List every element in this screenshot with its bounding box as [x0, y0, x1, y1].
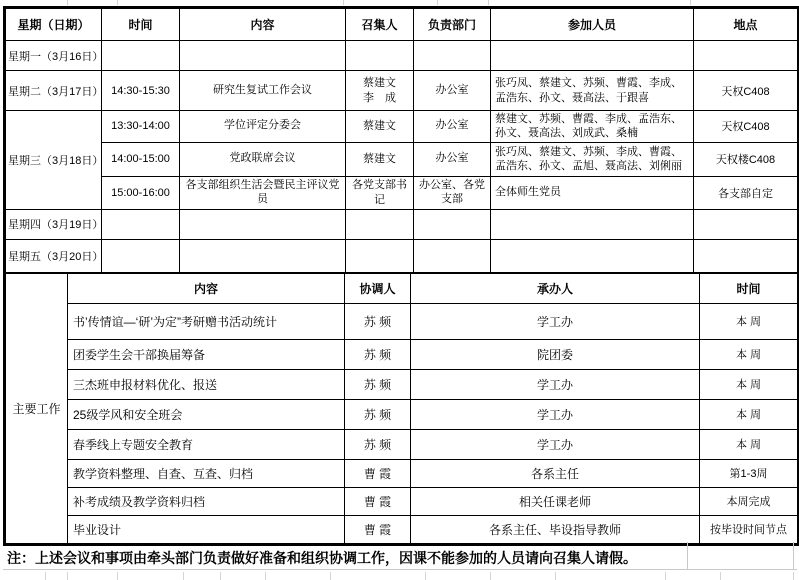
task-row: 书’传情谊—‘研’为定”考研赠书活动统计 苏 频 学工办 本 周	[6, 303, 798, 339]
footnote-row: 注：上述会议和事项由牵头部门负责做好准备和组织协调工作，因课不能参加的人员请向召…	[3, 542, 797, 570]
gridline	[793, 572, 794, 580]
row-thursday: 星期四（3月19日）	[6, 209, 798, 239]
dept-cell: 办公室	[414, 142, 491, 176]
task-content-cell: 书’传情谊—‘研’为定”考研赠书活动统计	[68, 303, 345, 339]
task-row: 毕业设计 曹 霞 各系主任、毕设指导教师 按毕设时间节点	[6, 515, 798, 543]
gridline	[687, 542, 688, 570]
coordinator-cell: 曹 霞	[345, 487, 411, 515]
footnote: 注：上述会议和事项由牵头部门负责做好准备和组织协调工作，因课不能参加的人员请向召…	[7, 548, 637, 568]
participants-cell: 张巧凤、蔡建文、苏频、李成、曹霞、孟浩东、孙文、孟旭、聂高法、刘俐丽	[491, 142, 694, 176]
time-cell: 14:00-15:00	[102, 142, 180, 176]
header-organizer: 承办人	[411, 273, 700, 303]
organizer-cell: 相关任课老师	[411, 487, 700, 515]
content-cell	[180, 239, 346, 272]
dept-cell: 办公室	[414, 71, 491, 111]
organizer-cell: 学工办	[411, 429, 700, 459]
gridline	[690, 0, 691, 5]
task-row: 春季线上专题安全教育 苏 频 学工办 本 周	[6, 429, 798, 459]
gridline	[330, 572, 331, 580]
organizer-cell: 学工办	[411, 399, 700, 429]
header-coordinator: 协调人	[345, 273, 411, 303]
tasks-header-row: 主要工作 内容 协调人 承办人 时间	[6, 273, 798, 303]
gridline	[343, 0, 344, 5]
convener-cell	[346, 41, 414, 71]
participants-cell: 全体师生党员	[491, 176, 694, 209]
gridline	[117, 0, 118, 5]
time-cell: 15:00-16:00	[102, 176, 180, 209]
time-cell	[102, 239, 180, 272]
time-cell	[102, 209, 180, 239]
task-time-cell: 本 周	[700, 429, 798, 459]
task-time-cell: 本 周	[700, 369, 798, 399]
task-content-cell: 补考成绩及教学资料归档	[68, 487, 345, 515]
time-cell: 13:30-14:00	[102, 111, 180, 143]
meetings-table: 星期（日期） 时间 内容 召集人 负责部门 参加人员 地点 星期一（3月16日）…	[5, 8, 798, 273]
organizer-cell: 学工办	[411, 369, 700, 399]
row-tuesday: 星期二（3月17日） 14:30-15:30 研究生复试工作会议 蔡建文 李 成…	[6, 71, 798, 111]
organizer-cell: 学工办	[411, 303, 700, 339]
participants-cell: 蔡建文、苏频、曹霞、李成、孟浩东、孙文、聂高法、刘成武、桑楠	[491, 111, 694, 143]
content-cell	[180, 41, 346, 71]
day-cell: 星期五（3月20日）	[6, 239, 102, 272]
gridline	[793, 542, 794, 570]
task-content-cell: 教学资料整理、自查、互查、归档	[68, 459, 345, 487]
header-day: 星期（日期）	[6, 9, 102, 41]
header-dept: 负责部门	[414, 9, 491, 41]
participants-cell	[491, 209, 694, 239]
participants-cell	[491, 239, 694, 272]
day-cell: 星期二（3月17日）	[6, 71, 102, 111]
task-content-cell: 团委学生会干部换届筹备	[68, 339, 345, 369]
dept-cell	[414, 209, 491, 239]
coordinator-cell: 苏 频	[345, 339, 411, 369]
location-cell	[694, 239, 798, 272]
header-convener: 召集人	[346, 9, 414, 41]
location-cell: 天权楼C408	[694, 142, 798, 176]
content-cell: 各支部组织生活会暨民主评议党员	[180, 176, 346, 209]
dept-cell	[414, 41, 491, 71]
gridline	[490, 572, 491, 580]
location-cell: 天权C408	[694, 111, 798, 143]
convener-cell: 蔡建文	[346, 111, 414, 143]
content-cell: 学位评定分委会	[180, 111, 346, 143]
participants-cell	[491, 41, 694, 71]
gridline	[220, 572, 221, 580]
time-cell: 14:30-15:30	[102, 71, 180, 111]
location-cell: 各支部自定	[694, 176, 798, 209]
task-content-cell: 三杰班申报材料优化、报送	[68, 369, 345, 399]
gridline	[117, 572, 118, 580]
gridline	[45, 572, 46, 580]
row-wednesday-3: 15:00-16:00 各支部组织生活会暨民主评议党员 各党支部书记 办公室、各…	[6, 176, 798, 209]
organizer-cell: 院团委	[411, 339, 700, 369]
task-row: 团委学生会干部换届筹备 苏 频 院团委 本 周	[6, 339, 798, 369]
gridline	[437, 0, 438, 5]
gridline	[265, 572, 266, 580]
task-row: 25级学风和安全班会 苏 频 学工办 本 周	[6, 399, 798, 429]
organizer-cell: 各系主任	[411, 459, 700, 487]
task-time-cell: 按毕设时间节点	[700, 515, 798, 543]
coordinator-cell: 苏 频	[345, 429, 411, 459]
dept-cell	[414, 239, 491, 272]
task-row: 补考成绩及教学资料归档 曹 霞 相关任课老师 本周完成	[6, 487, 798, 515]
schedule-document: 星期（日期） 时间 内容 召集人 负责部门 参加人员 地点 星期一（3月16日）…	[3, 6, 799, 546]
header-time: 时间	[102, 9, 180, 41]
organizer-cell: 各系主任、毕设指导教师	[411, 515, 700, 543]
convener-cell: 蔡建文	[346, 142, 414, 176]
task-content-cell: 毕业设计	[68, 515, 345, 543]
gridline	[67, 0, 68, 5]
task-time-cell: 本周完成	[700, 487, 798, 515]
task-row: 三杰班申报材料优化、报送 苏 频 学工办 本 周	[6, 369, 798, 399]
convener-cell	[346, 209, 414, 239]
section-label-cell: 主要工作	[6, 273, 68, 543]
task-content-cell: 25级学风和安全班会	[68, 399, 345, 429]
coordinator-cell: 苏 频	[345, 399, 411, 429]
task-content-cell: 春季线上专题安全教育	[68, 429, 345, 459]
header-task-time: 时间	[700, 273, 798, 303]
convener-cell	[346, 239, 414, 272]
participants-cell: 张巧凤、蔡建文、苏频、曹霞、李成、孟浩东、孙文、聂高法、于跟喜	[491, 71, 694, 111]
header-participants: 参加人员	[491, 9, 694, 41]
gridline	[720, 572, 721, 580]
coordinator-cell: 曹 霞	[345, 515, 411, 543]
task-time-cell: 本 周	[700, 303, 798, 339]
task-time-cell: 本 周	[700, 339, 798, 369]
dept-cell: 办公室、各党支部	[414, 176, 491, 209]
convener-cell: 蔡建文 李 成	[346, 71, 414, 111]
gridline	[488, 0, 489, 5]
content-cell	[180, 209, 346, 239]
location-cell: 天权C408	[694, 71, 798, 111]
convener-cell: 各党支部书记	[346, 176, 414, 209]
row-wednesday-2: 14:00-15:00 党政联席会议 蔡建文 办公室 张巧凤、蔡建文、苏频、李成…	[6, 142, 798, 176]
meetings-header-row: 星期（日期） 时间 内容 召集人 负责部门 参加人员 地点	[6, 9, 798, 41]
dept-cell: 办公室	[414, 111, 491, 143]
task-time-cell: 本 周	[700, 399, 798, 429]
coordinator-cell: 苏 频	[345, 369, 411, 399]
tasks-table: 主要工作 内容 协调人 承办人 时间 书’传情谊—‘研’为定”考研赠书活动统计 …	[5, 273, 798, 544]
day-cell: 星期一（3月16日）	[6, 41, 102, 71]
gridline	[555, 572, 556, 580]
task-row: 教学资料整理、自查、互查、归档 曹 霞 各系主任 第1-3周	[6, 459, 798, 487]
content-cell: 党政联席会议	[180, 142, 346, 176]
gridline	[183, 572, 184, 580]
task-time-cell: 第1-3周	[700, 459, 798, 487]
content-cell: 研究生复试工作会议	[180, 71, 346, 111]
location-cell	[694, 41, 798, 71]
location-cell	[694, 209, 798, 239]
gridline	[425, 572, 426, 580]
header-task-content: 内容	[68, 273, 345, 303]
time-cell	[102, 41, 180, 71]
header-content: 内容	[180, 9, 346, 41]
gridline	[665, 572, 666, 580]
header-location: 地点	[694, 9, 798, 41]
coordinator-cell: 曹 霞	[345, 459, 411, 487]
day-cell: 星期三（3月18日）	[6, 111, 102, 210]
row-monday: 星期一（3月16日）	[6, 41, 798, 71]
gridline	[67, 572, 68, 580]
row-friday: 星期五（3月20日）	[6, 239, 798, 272]
coordinator-cell: 苏 频	[345, 303, 411, 339]
day-cell: 星期四（3月19日）	[6, 209, 102, 239]
row-wednesday-1: 星期三（3月18日） 13:30-14:00 学位评定分委会 蔡建文 办公室 蔡…	[6, 111, 798, 143]
